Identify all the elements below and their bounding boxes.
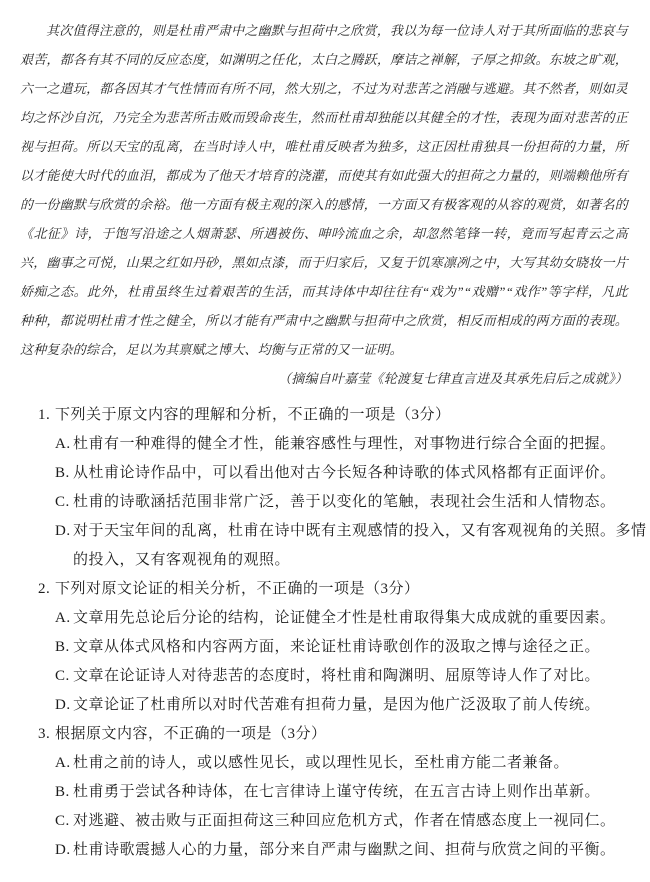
option-label: A. <box>55 749 73 778</box>
exam-page: { "document": { "background": "#ffffff",… <box>0 0 650 882</box>
question-stem: 下列对原文论证的相关分析，不正确的一项是（3分） <box>55 575 628 604</box>
option-text: 杜甫诗歌震撼人心的力量，部分来自严肃与幽默之间、担荷与欣赏之间的平衡。 <box>73 836 628 865</box>
option-row: C. 对逃避、被击败与正面担荷这三种回应危机方式，作者在情感态度上一视同仁。 <box>55 807 628 836</box>
option-row: D. 对于天宝年间的乱离，杜甫在诗中既有主观感情的投入，又有客观视角的关照。多情… <box>55 517 628 575</box>
option-text: 杜甫的诗歌涵括范围非常广泛，善于以变化的笔触，表现社会生活和人情物态。 <box>73 488 628 517</box>
option-text: 对逃避、被击败与正面担荷这三种回应危机方式，作者在情感态度上一视同仁。 <box>73 807 628 836</box>
option-text: 文章从体式风格和内容两方面，来论证杜甫诗歌创作的汲取之博与途径之正。 <box>73 633 628 662</box>
option-text: 文章在论证诗人对待悲苦的态度时，将杜甫和陶渊明、屈原等诗人作了对比。 <box>73 662 628 691</box>
option-label: B. <box>55 778 73 807</box>
question-1: 1. 下列关于原文内容的理解和分析，不正确的一项是（3分） A. 杜甫有一种难得… <box>38 401 628 575</box>
passage-attribution: （摘编自叶嘉莹《轮渡复七律直言进及其承先启后之成就》） <box>20 364 628 393</box>
option-row: A. 文章用先总论后分论的结构，论证健全才性是杜甫取得集大成成就的重要因素。 <box>55 604 628 633</box>
question-stem: 下列关于原文内容的理解和分析，不正确的一项是（3分） <box>55 401 628 430</box>
option-row: B. 从杜甫论诗作品中，可以看出他对古今长短各种诗歌的体式风格都有正面评价。 <box>55 459 628 488</box>
question-stem-row: 1. 下列关于原文内容的理解和分析，不正确的一项是（3分） <box>38 401 628 430</box>
option-text: 文章用先总论后分论的结构，论证健全才性是杜甫取得集大成成就的重要因素。 <box>73 604 628 633</box>
option-label: B. <box>55 633 73 662</box>
option-row: B. 文章从体式风格和内容两方面，来论证杜甫诗歌创作的汲取之博与途径之正。 <box>55 633 628 662</box>
option-row: A. 杜甫之前的诗人，或以感性见长，或以理性见长，至杜甫方能二者兼备。 <box>55 749 628 778</box>
question-number: 1. <box>38 401 55 430</box>
option-text: 从杜甫论诗作品中，可以看出他对古今长短各种诗歌的体式风格都有正面评价。 <box>73 459 628 488</box>
option-label: D. <box>55 517 73 575</box>
question-stem: 根据原文内容，不正确的一项是（3分） <box>55 720 628 749</box>
question-number: 3. <box>38 720 55 749</box>
option-row: C. 杜甫的诗歌涵括范围非常广泛，善于以变化的笔触，表现社会生活和人情物态。 <box>55 488 628 517</box>
option-text: 文章论证了杜甫所以对时代苦难有担荷力量，是因为他广泛汲取了前人传统。 <box>73 691 628 720</box>
option-label: C. <box>55 662 73 691</box>
question-stem-row: 3. 根据原文内容，不正确的一项是（3分） <box>38 720 628 749</box>
question-stem-row: 2. 下列对原文论证的相关分析，不正确的一项是（3分） <box>38 575 628 604</box>
option-text: 杜甫有一种难得的健全才性，能兼容感性与理性，对事物进行综合全面的把握。 <box>73 430 628 459</box>
option-row: A. 杜甫有一种难得的健全才性，能兼容感性与理性，对事物进行综合全面的把握。 <box>55 430 628 459</box>
option-label: D. <box>55 691 73 720</box>
option-text: 杜甫之前的诗人，或以感性见长，或以理性见长，至杜甫方能二者兼备。 <box>73 749 628 778</box>
option-row: C. 文章在论证诗人对待悲苦的态度时，将杜甫和陶渊明、屈原等诗人作了对比。 <box>55 662 628 691</box>
exam-document: 其次值得注意的，则是杜甫严肃中之幽默与担荷中之欣赏，我以为每一位诗人对于其所面临… <box>20 16 628 865</box>
questions-section: 1. 下列关于原文内容的理解和分析，不正确的一项是（3分） A. 杜甫有一种难得… <box>38 401 628 865</box>
option-label: D. <box>55 836 73 865</box>
option-label: A. <box>55 604 73 633</box>
option-row: D. 文章论证了杜甫所以对时代苦难有担荷力量，是因为他广泛汲取了前人传统。 <box>55 691 628 720</box>
option-label: A. <box>55 430 73 459</box>
option-text: 对于天宝年间的乱离，杜甫在诗中既有主观感情的投入，又有客观视角的关照。多情的投入… <box>73 517 650 575</box>
option-row: D. 杜甫诗歌震撼人心的力量，部分来自严肃与幽默之间、担荷与欣赏之间的平衡。 <box>55 836 628 865</box>
option-label: C. <box>55 807 73 836</box>
option-row: B. 杜甫勇于尝试各种诗体，在七言律诗上谨守传统，在五言古诗上则作出革新。 <box>55 778 628 807</box>
question-3: 3. 根据原文内容，不正确的一项是（3分） A. 杜甫之前的诗人，或以感性见长，… <box>38 720 628 865</box>
question-number: 2. <box>38 575 55 604</box>
passage-paragraph: 其次值得注意的，则是杜甫严肃中之幽默与担荷中之欣赏，我以为每一位诗人对于其所面临… <box>20 16 628 364</box>
question-2: 2. 下列对原文论证的相关分析，不正确的一项是（3分） A. 文章用先总论后分论… <box>38 575 628 720</box>
option-label: B. <box>55 459 73 488</box>
option-label: C. <box>55 488 73 517</box>
option-text: 杜甫勇于尝试各种诗体，在七言律诗上谨守传统，在五言古诗上则作出革新。 <box>73 778 628 807</box>
